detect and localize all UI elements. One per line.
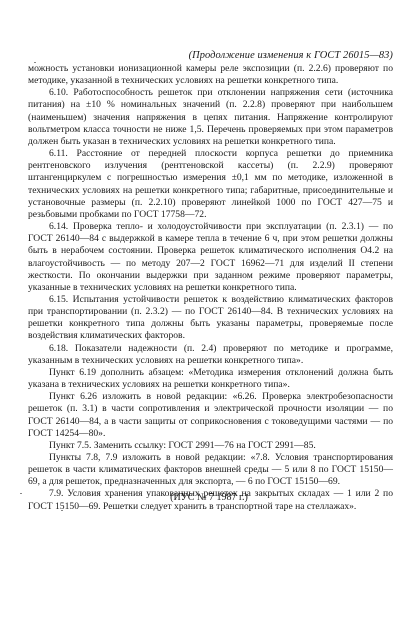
scan-speck (34, 62, 36, 63)
paragraph-7-5: Пункт 7.5. Заменить ссылку: ГОСТ 2991—76… (28, 440, 393, 452)
paragraph-6-11: 6.11. Расстояние от передней плоскости к… (28, 148, 393, 221)
document-page: (Продолжение изменения к ГОСТ 26015—83) … (0, 0, 418, 620)
document-body: можность установки ионизационной камеры … (28, 63, 393, 513)
paragraph-6-15: 6.15. Испытания устойчивости решеток к в… (28, 294, 393, 343)
paragraph-6-19: Пункт 6.19 дополнить абзацем: «Методика … (28, 367, 393, 391)
paragraph: можность установки ионизационной камеры … (28, 63, 393, 87)
scan-speck (20, 493, 22, 494)
paragraph-6-14: 6.14. Проверка тепло- и холодоустойчивос… (28, 221, 393, 294)
scan-speck (61, 510, 63, 511)
page-header: (Продолжение изменения к ГОСТ 26015—83) (189, 50, 393, 61)
page-footer: (ИУС № 7 1987 г.) (0, 492, 418, 503)
paragraph-7-8: Пункты 7.8, 7.9 изложить в новой редакци… (28, 452, 393, 488)
paragraph-6-10: 6.10. Работоспособность решеток при откл… (28, 87, 393, 148)
paragraph-6-26: Пункт 6.26 изложить в новой редакции: «6… (28, 391, 393, 440)
paragraph-6-18: 6.18. Показатели надежности (п. 2.4) про… (28, 343, 393, 367)
